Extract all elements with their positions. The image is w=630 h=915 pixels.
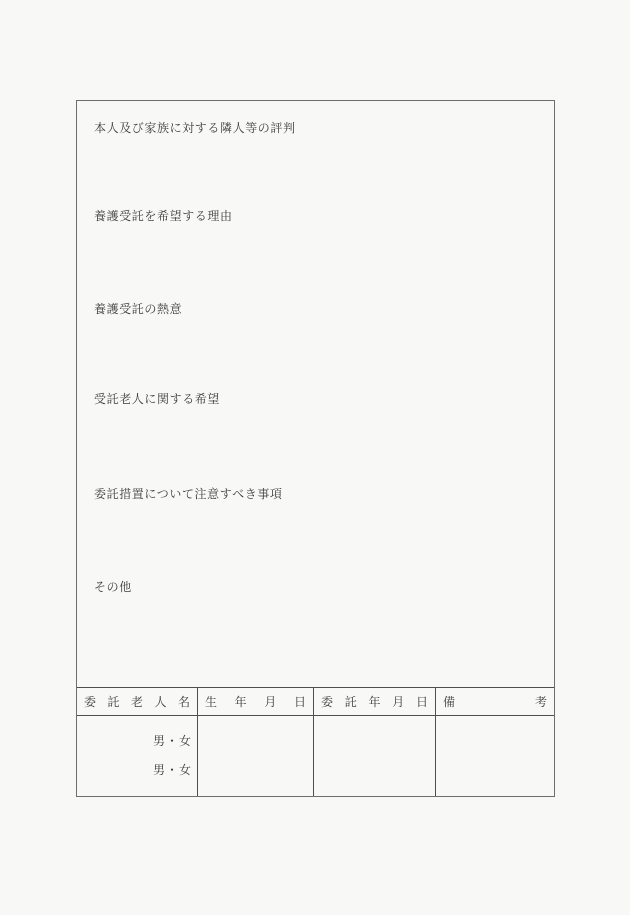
section-label-wishes-for-elderly: 受託老人に関する希望: [94, 391, 220, 407]
section-label-other: その他: [94, 579, 132, 595]
section-label-reason-for-fostering: 養護受託を希望する理由: [94, 208, 233, 224]
section-label-entrustment-cautions: 委託措置について注意すべき事項: [94, 486, 283, 502]
cell-entrusted-elderly-name: 男・女 男・女: [77, 716, 197, 796]
entrusted-elderly-table: 委託老人名 生年月日 委託年月日 備考 男・女 男・女: [77, 687, 554, 796]
section-label-fostering-enthusiasm: 養護受託の熱意: [94, 301, 182, 317]
section-label-neighbors-reputation: 本人及び家族に対する隣人等の評判: [94, 120, 296, 136]
gender-options-line-1: 男・女: [153, 734, 192, 749]
form-box: 本人及び家族に対する隣人等の評判 養護受託を希望する理由 養護受託の熱意 受託老…: [76, 100, 555, 797]
cell-remarks: [435, 716, 554, 796]
gender-options-line-2: 男・女: [153, 763, 192, 778]
col-header-remarks: 備考: [435, 688, 554, 716]
col-header-birth-date: 生年月日: [197, 688, 313, 716]
cell-birth-date: [197, 716, 313, 796]
col-header-entrustment-date: 委託年月日: [313, 688, 435, 716]
cell-entrustment-date: [313, 716, 435, 796]
document-page: 本人及び家族に対する隣人等の評判 養護受託を希望する理由 養護受託の熱意 受託老…: [0, 0, 630, 915]
col-header-entrusted-elderly-name: 委託老人名: [77, 688, 197, 716]
